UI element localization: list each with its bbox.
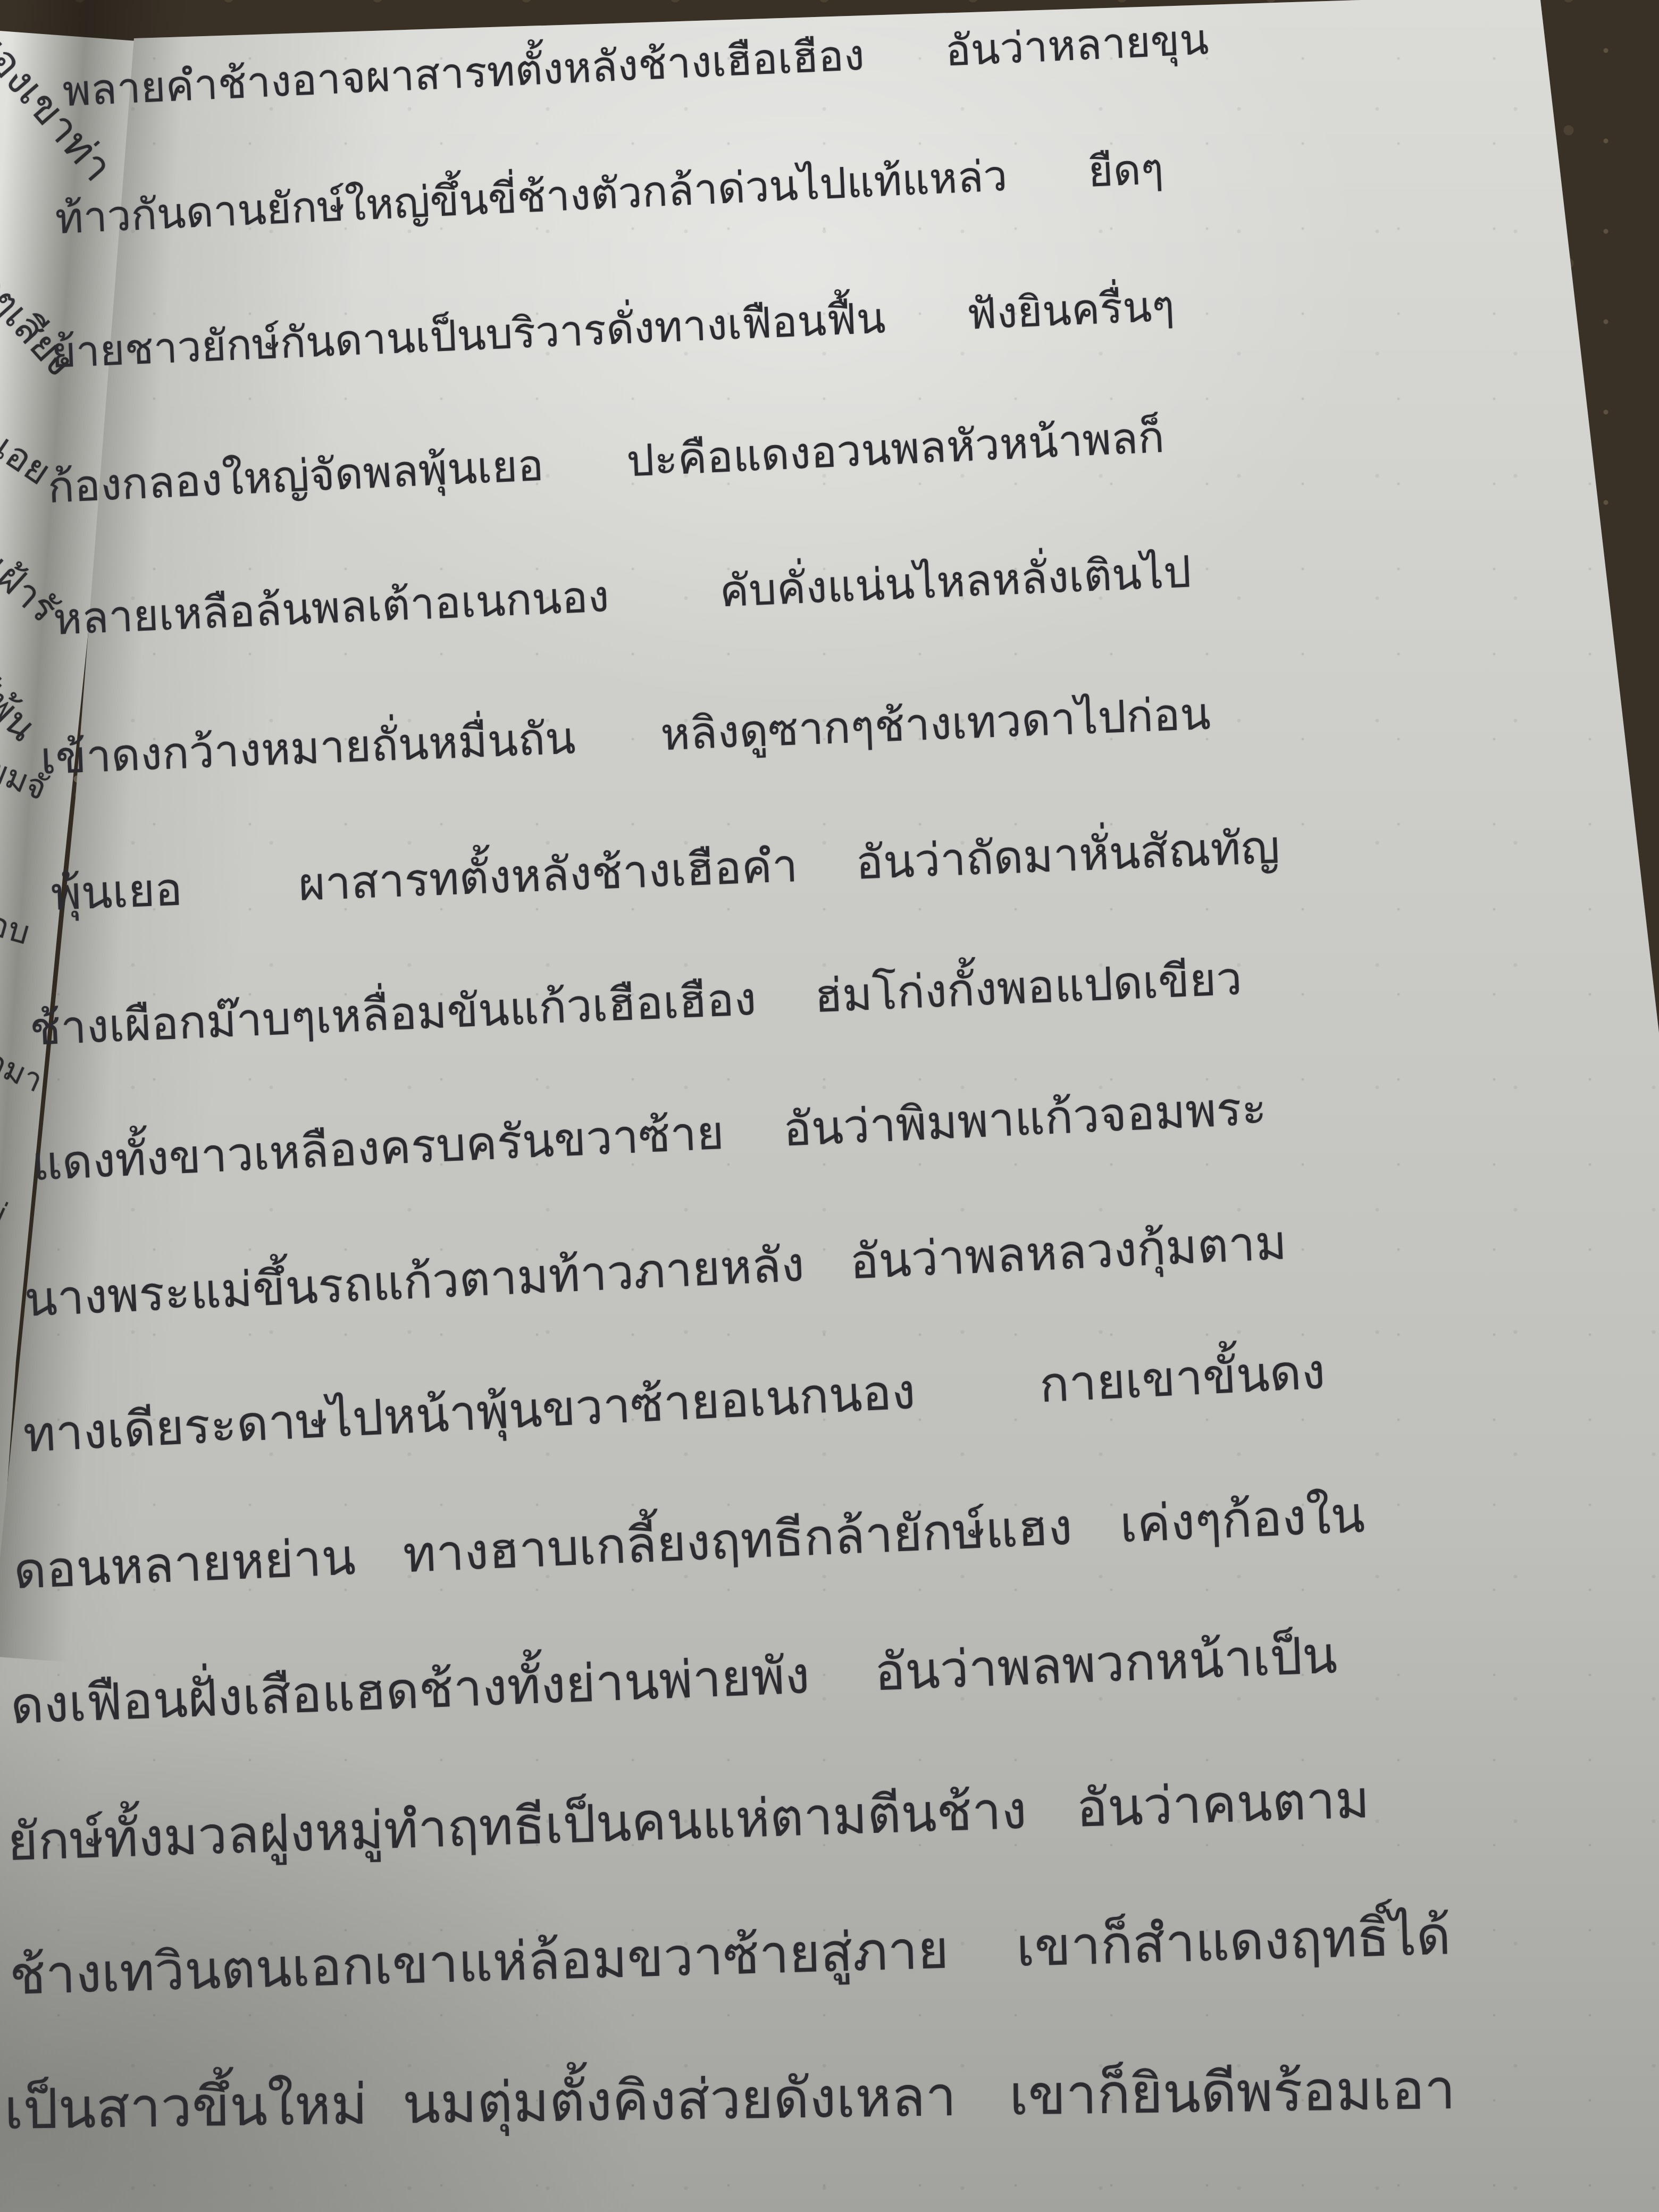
text-line: แดงทั้งขาวเหลืองครบครันขวาซ้าย อันว่าพิม… bbox=[30, 1070, 1268, 1201]
text-line: ช้างเทวินตนเอกเขาแห่ล้อมขวาซ้ายสู่ภาย เข… bbox=[9, 1893, 1452, 2018]
text-line: เข้าดงกว้างหมายถั่นหมื่นถัน หลิงดูซากๆช้… bbox=[39, 677, 1212, 793]
text-line: ก้องกลองใหญ่จัดพลพุ้นเยอ ปะคือแดงอวนพลหั… bbox=[46, 403, 1166, 522]
text-line: หลายเหลือล้นพลเต้าอเนกนอง คับคั่งแน่นไหล… bbox=[52, 537, 1193, 654]
text-line: เป็นสาวขึ้นใหม่ นมตุ่มตั้งคิงส่วยดังเหลา… bbox=[4, 2045, 1456, 2153]
text-line: นางพระแม่ขึ้นรถแก้วตามท้าวภายหลัง อันว่า… bbox=[23, 1204, 1288, 1337]
text-line: ยักษ์ทั้งมวลฝูงหมู่ทำฤทธีเป็นคนแห่ตามตีน… bbox=[6, 1758, 1371, 1883]
text-line: ทางเดียระดาษไปหน้าพุ้นขวาซ้ายอเนกนอง กาย… bbox=[21, 1331, 1327, 1473]
text-line: พลายคำช้างอาจผาสารทตั้งหลังช้างเฮือเฮือง… bbox=[61, 5, 1210, 125]
text-line: ช้างเผือกม๊าบๆเหลื่อมขันแก้วเฮือเฮือง ฮ่… bbox=[28, 942, 1243, 1065]
page-text: พลายคำช้างอาจผาสารทตั้งหลังช้างเฮือเฮือง… bbox=[0, 0, 1659, 2212]
text-line: ท้าวกันดานยักษ์ใหญ่ขึ้นขี่ช้างตัวกล้าด่ว… bbox=[54, 135, 1165, 253]
text-line: ดอนหลายหย่าน ทางฮาบเกลี้ยงฤทธีกล้ายักษ์แ… bbox=[12, 1475, 1367, 1611]
text-line: ดงเฟือนฝั่งเสือแฮดช้างทั้งย่านพ่ายพัง อั… bbox=[9, 1614, 1339, 1746]
text-line: พุ้นเยอ ผาสารทตั้งหลังช้างเฮือคำ อันว่าถ… bbox=[49, 810, 1281, 930]
text-line: ย้ายชาวยักษ์กันดานเป็นบริวารดั่งทางเฟือน… bbox=[49, 272, 1176, 387]
photo-of-book-page: ของเขาท่า าวๆเสียง เอย นเฝ้ารั ปีพุ้น ยม… bbox=[0, 0, 1659, 2212]
